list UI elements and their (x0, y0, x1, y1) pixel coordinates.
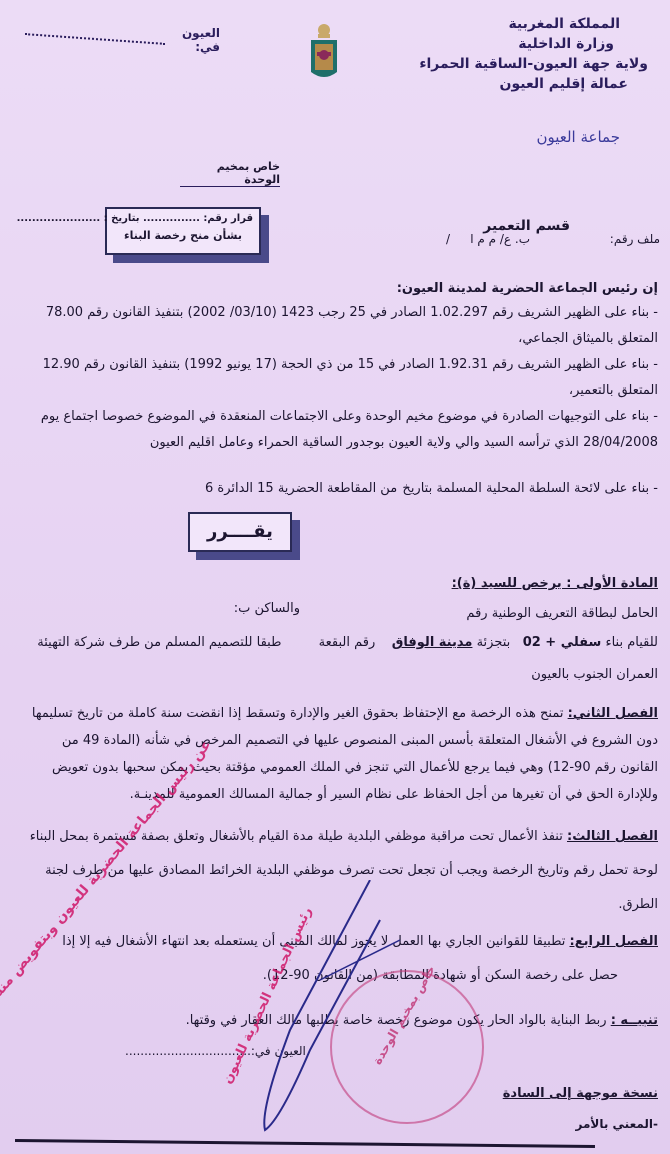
subdivision-name: مدينة الوفاق (392, 635, 473, 650)
article-1-company: العمران الجنوب بالعيون (531, 666, 658, 684)
preamble-line: المتعلق بالميثاق الجماعي، (8, 326, 658, 352)
preamble-intro: إن رئيس الجماعة الحضرية لمدينة العيون: (397, 280, 658, 298)
article-2-line: وللإدارة الحق في أن تغيرها من أجل الحفاظ… (8, 781, 658, 808)
build-prefix: للقيام بناء (605, 635, 658, 650)
decision-number-line: قرار رقم: ............... بتاريخ : .....… (113, 211, 253, 227)
decides-title: يقــــرر (188, 512, 292, 552)
copy-to-first: -المعني بالأمر (576, 1115, 658, 1133)
preamble-line: - بناء على الظهير الشريف رقم 1.02.297 ال… (8, 300, 658, 326)
preamble-last-left: من المقاطعة الحضرية 15 الدائرة 6 (205, 480, 397, 498)
build-type: سفلي + 02 (523, 635, 602, 650)
ministry-label: وزارة الداخلية (388, 34, 614, 54)
article-2-line: دون الشروع في الأشغال المتعلقة بأسس المب… (8, 727, 658, 754)
article-2-line: تمنح هذه الرخصة مع الإحتفاظ بحقوق الغير … (32, 706, 564, 721)
article-1-build-line: للقيام بناء سفلي + 02 بتجزئة مدينة الوفا… (37, 634, 658, 652)
plan-text: طبقا للتصميم المسلم من طرف شركة التهيئة (37, 635, 281, 650)
special-note: خاص بمخيم الوحدة (180, 160, 280, 187)
plot-label: رقم البقعة (319, 635, 376, 650)
article-1-residing: والساكن ب: (234, 600, 300, 618)
file-code: ب. ع/ م م ا (470, 232, 530, 246)
province-label: عمالة إقليم العيون (388, 74, 628, 94)
file-number-label: ملف رقم: (610, 232, 660, 246)
signature-icon (250, 880, 410, 1144)
subdivision-label: بتجزئة (477, 635, 511, 650)
preamble-line: - بناء على التوجيهات الصادرة في موضوع مخ… (8, 404, 658, 430)
document-page: المملكة المغربية وزارة الداخلية ولاية جه… (0, 0, 670, 1154)
preamble-last-right: - بناء على لائحة السلطة المحلية المسلمة … (402, 480, 658, 498)
article-4-title: الفصل الرابع: (570, 934, 658, 949)
notice-title: تنبيــه : (611, 1013, 658, 1028)
article-3-line: تنفذ الأعمال تحت مراقبة موظفي البلدية طي… (30, 829, 563, 844)
article-2-line: القانون رقم 90-12) وهي فيما يرجع للأعمال… (8, 754, 658, 781)
commune-label: جماعة العيون (536, 128, 620, 146)
preamble-line: 28/04/2008 الذي ترأسه السيد والي ولاية ا… (8, 430, 658, 456)
royal-emblem-icon (309, 22, 339, 88)
wilaya-label: ولاية جهة العيون-الساقية الحمراء (388, 54, 648, 74)
article-3-title: الفصل الثالث: (567, 829, 658, 844)
article-2: الفصل الثاني: تمنح هذه الرخصة مع الإحتفا… (8, 700, 658, 808)
decision-number-box: قرار رقم: ............... بتاريخ : .....… (105, 207, 261, 255)
copy-to-title: نسخة موجهة إلى السادة (503, 1085, 658, 1103)
article-1-id-card: الحامل لبطاقة التعريف الوطنية رقم (466, 605, 658, 623)
preamble-lines: - بناء على الظهير الشريف رقم 1.02.297 ال… (8, 300, 658, 456)
file-number-value: / (446, 232, 450, 246)
preamble-line: - بناء على الظهير الشريف رقم 1.92.31 الص… (8, 352, 658, 378)
kingdom-label: المملكة المغربية (388, 14, 620, 34)
decision-subject: بشأن منح رخصة البناء (113, 227, 253, 245)
article-1-title: المادة الأولى : يرخص للسيد (ة): (452, 575, 658, 593)
place-date-label: العيون في: (160, 26, 220, 54)
header-block: المملكة المغربية وزارة الداخلية ولاية جه… (388, 14, 648, 94)
article-2-title: الفصل الثاني: (568, 706, 658, 721)
place-date-dots (25, 33, 165, 45)
preamble-line: المتعلق بالتعمير، (8, 378, 658, 404)
